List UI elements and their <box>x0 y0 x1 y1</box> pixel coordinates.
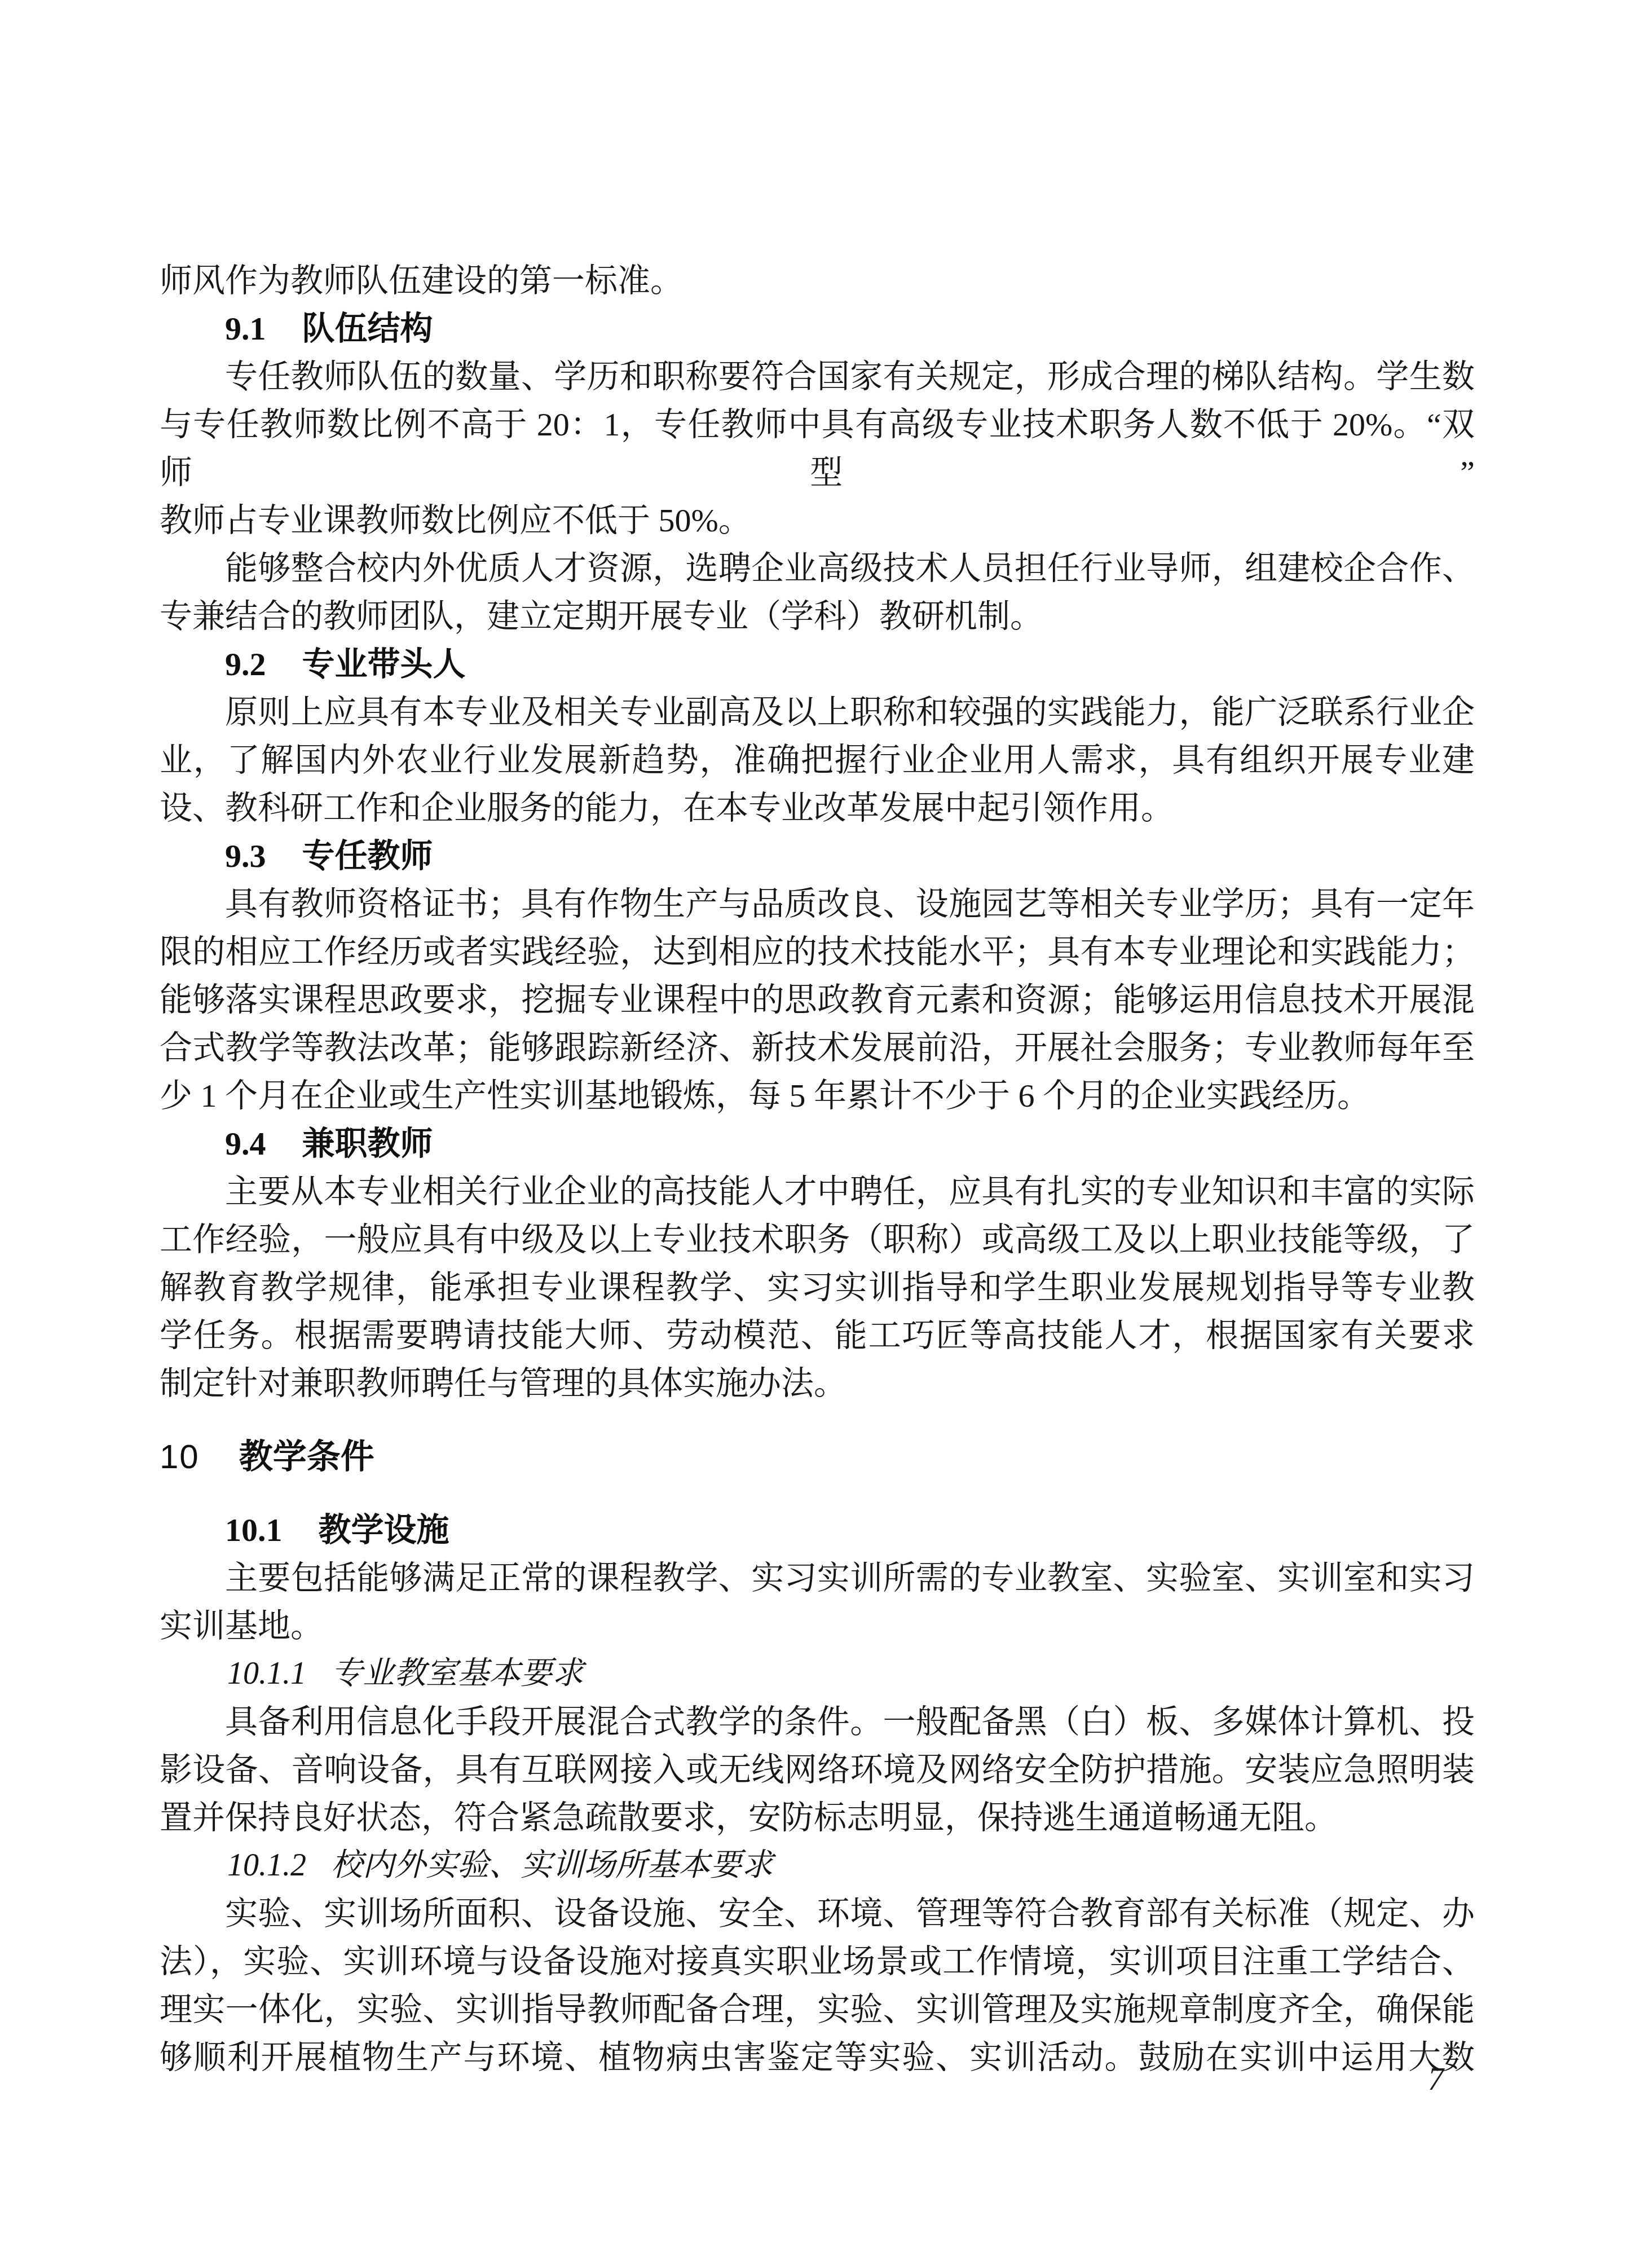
text-line: 法），实验、实训环境与设备设施对接真实职业场景或工作情境，实训项目注重工学结合、 <box>160 1937 1475 1985</box>
text-line: 业，了解国内外农业行业发展新趋势，准确把握行业企业用人需求，具有组织开展专业建 <box>160 736 1475 784</box>
heading-title: 队伍结构 <box>302 310 433 347</box>
text-line: 工作经验，一般应具有中级及以上专业技术职务（职称）或高级工及以上职业技能等级，了 <box>160 1216 1475 1263</box>
paragraph: 专任教师队伍的数量、学历和职称要符合国家有关规定，形成合理的梯队结构。学生数与专… <box>160 353 1475 544</box>
text-line: 实验、实训场所面积、设备设施、安全、环境、管理等符合教育部有关标准（规定、办 <box>160 1890 1475 1937</box>
heading-number: 9.3 <box>225 838 266 874</box>
document-page: 师风作为教师队伍建设的第一标准。9.1队伍结构专任教师队伍的数量、学历和职称要符… <box>0 0 1627 2268</box>
text-line: 制定针对兼职教师聘任与管理的具体实施办法。 <box>160 1359 1475 1407</box>
text-line: 原则上应具有本专业及相关专业副高及以上职称和较强的实践能力，能广泛联系行业企 <box>160 688 1475 736</box>
text-line: 影设备、音响设备，具有互联网接入或无线网络环境及网络安全防护措施。安装应急照明装 <box>160 1746 1475 1794</box>
text-line: 主要从本专业相关行业企业的高技能人才中聘任，应具有扎实的专业知识和丰富的实际 <box>160 1168 1475 1216</box>
heading-10.1: 10.1教学设施 <box>160 1506 1475 1554</box>
text-line: 学任务。根据需要聘请技能大师、劳动模范、能工巧匠等高技能人才，根据国家有关要求 <box>160 1311 1475 1359</box>
heading-title: 校内外实验、实训场所基本要求 <box>331 1848 773 1883</box>
text-line: 能够整合校内外优质人才资源，选聘企业高级技术人员担任行业导师，组建校企合作、 <box>160 544 1475 592</box>
heading-title: 教学条件 <box>239 1438 374 1476</box>
heading-title: 兼职教师 <box>302 1125 433 1162</box>
heading-10.1.2: 10.1.2校内外实验、实训场所基本要求 <box>160 1842 1475 1890</box>
text-line: 专任教师队伍的数量、学历和职称要符合国家有关规定，形成合理的梯队结构。学生数 <box>160 353 1475 400</box>
heading-number: 10.1.2 <box>227 1848 306 1883</box>
paragraph: 具备利用信息化手段开展混合式教学的条件。一般配备黑（白）板、多媒体计算机、投影设… <box>160 1698 1475 1842</box>
paragraph: 具有教师资格证书；具有作物生产与品质改良、设施园艺等相关专业学历；具有一定年限的… <box>160 880 1475 1120</box>
heading-number: 9.2 <box>225 646 266 682</box>
heading-number: 10.1 <box>225 1512 283 1548</box>
heading-number: 10 <box>160 1438 200 1476</box>
text-line: 解教育教学规律，能承担专业课程教学、实习实训指导和学生职业发展规划指导等专业教 <box>160 1263 1475 1311</box>
paragraph: 实验、实训场所面积、设备设施、安全、环境、管理等符合教育部有关标准（规定、办法）… <box>160 1890 1475 2081</box>
text-line: 合式教学等教法改革；能够跟踪新经济、新技术发展前沿，开展社会服务；专业教师每年至 <box>160 1024 1475 1072</box>
page-number: 7 <box>1428 2056 1444 2104</box>
text-line: 限的相应工作经历或者实践经验，达到相应的技术技能水平；具有本专业理论和实践能力； <box>160 928 1475 976</box>
heading-9.3: 9.3专任教师 <box>160 832 1475 880</box>
paragraph: 能够整合校内外优质人才资源，选聘企业高级技术人员担任行业导师，组建校企合作、专兼… <box>160 544 1475 640</box>
text-line: 专兼结合的教师团队，建立定期开展专业（学科）教研机制。 <box>160 592 1475 640</box>
heading-9.1: 9.1队伍结构 <box>160 305 1475 353</box>
heading-number: 9.4 <box>225 1125 266 1162</box>
text-line: 设、教科研工作和企业服务的能力，在本专业改革发展中起引领作用。 <box>160 784 1475 832</box>
document-content: 师风作为教师队伍建设的第一标准。9.1队伍结构专任教师队伍的数量、学历和职称要符… <box>160 257 1475 2081</box>
paragraph: 主要包括能够满足正常的课程教学、实习实训所需的专业教室、实验室、实训室和实习实训… <box>160 1554 1475 1650</box>
heading-9.4: 9.4兼职教师 <box>160 1120 1475 1168</box>
paragraph: 原则上应具有本专业及相关专业副高及以上职称和较强的实践能力，能广泛联系行业企业，… <box>160 688 1475 832</box>
heading-number: 9.1 <box>225 310 266 347</box>
text-line: 实训基地。 <box>160 1602 1475 1650</box>
heading-9.2: 9.2专业带头人 <box>160 640 1475 688</box>
text-line: 少 1 个月在企业或生产性实训基地锻炼，每 5 年累计不少于 6 个月的企业实践… <box>160 1072 1475 1120</box>
heading-title: 教学设施 <box>319 1512 449 1548</box>
text-line: 理实一体化，实验、实训指导教师配备合理，实验、实训管理及实施规章制度齐全，确保能 <box>160 1985 1475 2033</box>
heading-title: 专任教师 <box>302 838 433 874</box>
text-line: 能够落实课程思政要求，挖掘专业课程中的思政教育元素和资源；能够运用信息技术开展混 <box>160 976 1475 1024</box>
text-line: 主要包括能够满足正常的课程教学、实习实训所需的专业教室、实验室、实训室和实习 <box>160 1554 1475 1602</box>
heading-title: 专业带头人 <box>302 646 466 682</box>
text-line: 具有教师资格证书；具有作物生产与品质改良、设施园艺等相关专业学历；具有一定年 <box>160 880 1475 928</box>
heading-number: 10.1.1 <box>227 1656 306 1691</box>
heading-title: 专业教室基本要求 <box>331 1656 584 1691</box>
text-line: 具备利用信息化手段开展混合式教学的条件。一般配备黑（白）板、多媒体计算机、投 <box>160 1698 1475 1746</box>
paragraph: 主要从本专业相关行业企业的高技能人才中聘任，应具有扎实的专业知识和丰富的实际工作… <box>160 1168 1475 1407</box>
text-line: 教师占专业课教师数比例应不低于 50%。 <box>160 496 1475 544</box>
heading-10: 10教学条件 <box>160 1433 1475 1481</box>
text-line: 与专任教师数比例不高于 20：1，专任教师中具有高级专业技术职务人数不低于 20… <box>160 400 1475 496</box>
text-line: 够顺利开展植物生产与环境、植物病虫害鉴定等实验、实训活动。鼓励在实训中运用大数 <box>160 2033 1475 2081</box>
heading-10.1.1: 10.1.1专业教室基本要求 <box>160 1650 1475 1698</box>
paragraph: 师风作为教师队伍建设的第一标准。 <box>160 257 1475 305</box>
text-line: 置并保持良好状态，符合紧急疏散要求，安防标志明显，保持逃生通道畅通无阻。 <box>160 1794 1475 1842</box>
text-line: 师风作为教师队伍建设的第一标准。 <box>160 257 1475 305</box>
